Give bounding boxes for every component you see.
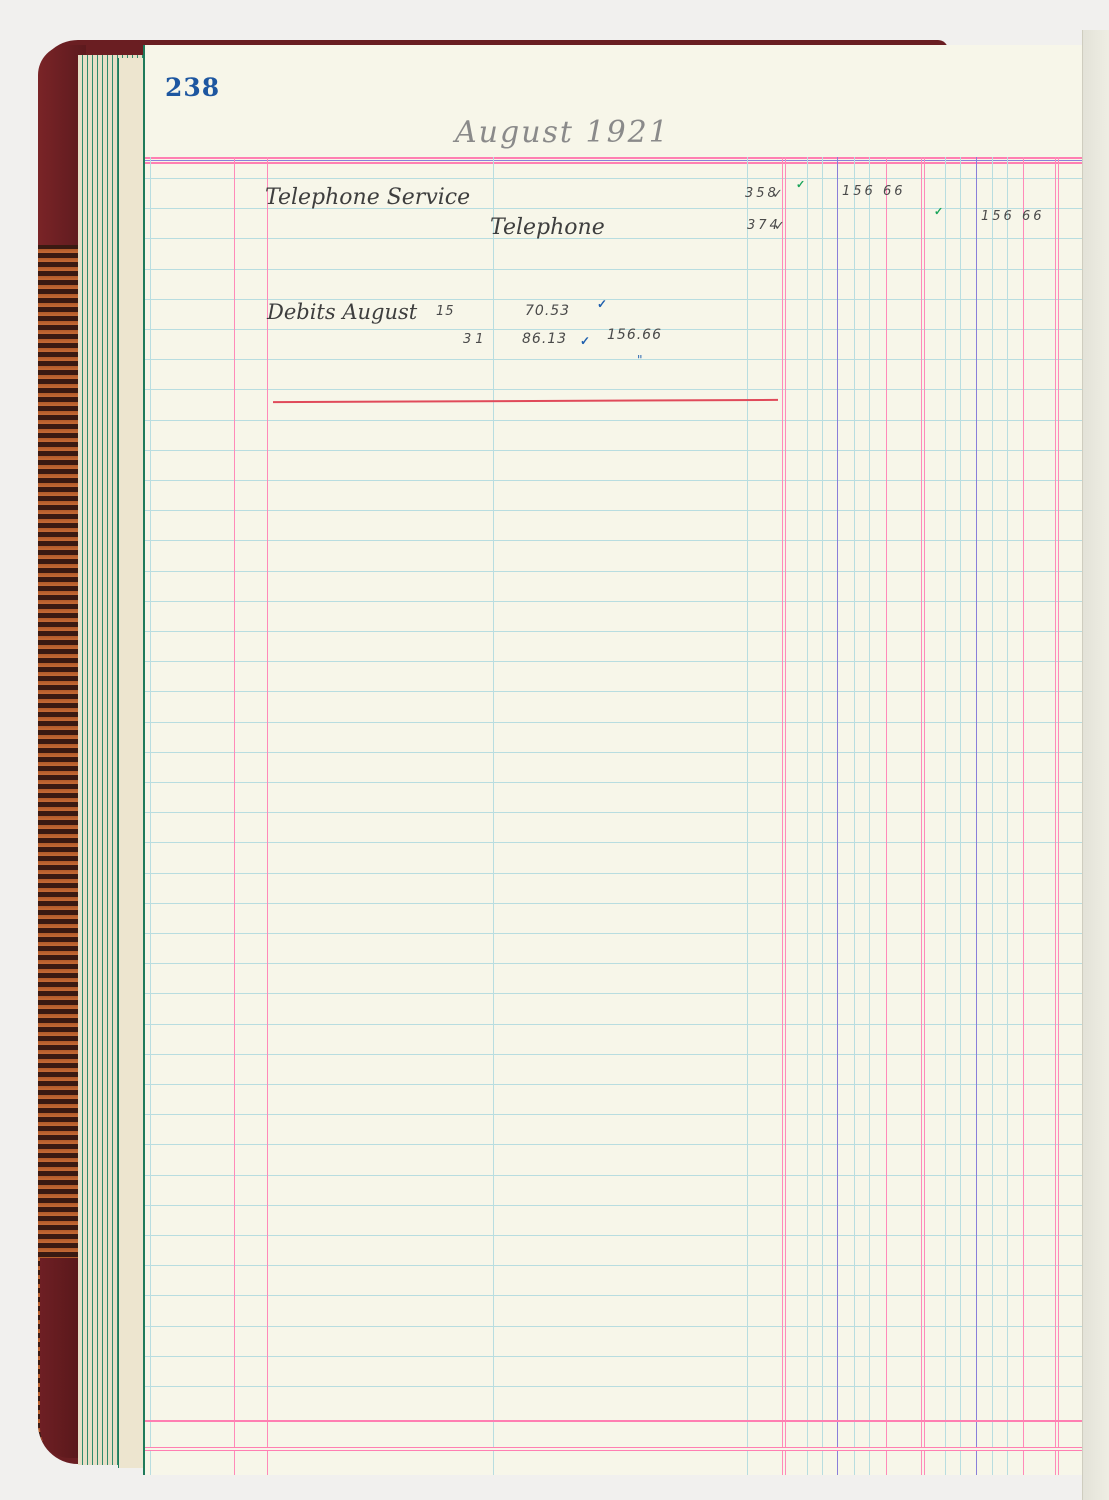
ruling-row-line: [145, 963, 1085, 964]
ruling-line: [960, 157, 961, 1475]
credit-column-rule: [921, 157, 922, 1475]
ruling-line: [807, 157, 808, 1475]
date-column-rule: [234, 157, 235, 1475]
header-rule: [145, 157, 1085, 164]
ruling-row-line: [145, 389, 1085, 390]
ruling-row-line: [145, 601, 1085, 602]
account-name: Telephone Service: [265, 185, 470, 210]
ruling-line: [493, 157, 494, 1475]
ruling-line: [854, 157, 855, 1475]
memo-amount: 86.13: [522, 331, 567, 347]
memo-total-ditto: ": [637, 353, 643, 367]
ruling-row-line: [145, 450, 1085, 451]
ruling-row-line: [145, 873, 1085, 874]
footer-double-rule: [145, 1447, 1085, 1451]
ruling-row-line: [145, 631, 1085, 632]
ruling-row-line: [145, 178, 1085, 179]
facing-page-edge: [1082, 30, 1109, 1500]
ruling-row-line: [145, 1054, 1085, 1055]
ruling-line: [150, 157, 151, 1475]
ruling-row-line: [145, 722, 1085, 723]
posting-check-icon: ✓: [796, 178, 805, 191]
credit-column-rule-double: [924, 157, 925, 1475]
account-name: Telephone: [490, 215, 605, 240]
ruling-row-line: [145, 812, 1085, 813]
debit-column-rule: [782, 157, 783, 1475]
month-header: August 1921: [455, 115, 670, 150]
folio-check-icon: ✓: [772, 187, 783, 202]
memo-date: 15: [436, 304, 455, 319]
cents-rule: [1023, 157, 1024, 1475]
ledger-page: 238 August 1921 Telephone Service 358 ✓ …: [143, 45, 1090, 1475]
folio-column-rule: [747, 157, 748, 1475]
ruling-row-line: [145, 1265, 1085, 1266]
thousands-rule: [976, 157, 977, 1475]
ruling-row-line: [145, 269, 1085, 270]
ruling-row-line: [145, 1084, 1085, 1085]
memo-amount: 70.53: [525, 303, 570, 319]
ruling-line: [1007, 157, 1008, 1475]
credit-amount: 156 66: [981, 209, 1045, 224]
footer-rule: [145, 1420, 1085, 1422]
ruling-row-line: [145, 933, 1085, 934]
memo-check-icon: ✓: [597, 297, 607, 311]
debit-column-rule-double: [785, 157, 786, 1475]
memo-total: 156.66: [607, 327, 662, 343]
ruling-row-line: [145, 359, 1085, 360]
thousands-rule: [837, 157, 838, 1475]
page-number: 238: [165, 73, 220, 102]
ruling-row-line: [145, 993, 1085, 994]
ruling-row-line: [145, 238, 1085, 239]
ruling-row-line: [145, 1235, 1085, 1236]
ruling-row-line: [145, 691, 1085, 692]
ruling-row-line: [145, 1356, 1085, 1357]
ruling-row-line: [145, 1205, 1085, 1206]
folio-check-icon: ✓: [774, 219, 785, 234]
closing-rule: [273, 399, 778, 403]
ruling-row-line: [145, 903, 1085, 904]
item-column-rule: [267, 157, 268, 1475]
ruling-row-line: [145, 1114, 1085, 1115]
ruling-row-line: [145, 540, 1085, 541]
right-margin-rule-double: [1058, 157, 1059, 1475]
posting-check-icon: ✓: [934, 205, 943, 218]
ruling-line: [992, 157, 993, 1475]
ruling-row-line: [145, 1386, 1085, 1387]
ruling-row-line: [145, 1144, 1085, 1145]
cents-rule: [886, 157, 887, 1475]
ruling-row-line: [145, 510, 1085, 511]
ruling-row-line: [145, 782, 1085, 783]
ruling-row-line: [145, 842, 1085, 843]
ruling-line: [822, 157, 823, 1475]
right-margin-rule: [1055, 157, 1056, 1475]
ruling-row-line: [145, 420, 1085, 421]
ruling-row-line: [145, 1295, 1085, 1296]
ruling-row-line: [145, 1326, 1085, 1327]
debit-amount: 156 66: [842, 184, 906, 199]
memo-check-icon: ✓: [580, 334, 590, 348]
ruling-line: [945, 157, 946, 1475]
ruling-line: [869, 157, 870, 1475]
ruling-row-line: [145, 661, 1085, 662]
ruling-row-line: [145, 571, 1085, 572]
memo-date: 31: [463, 332, 488, 347]
ruling-row-line: [145, 1024, 1085, 1025]
memo-label: Debits August: [267, 300, 417, 324]
ruling-row-line: [145, 752, 1085, 753]
ruling-row-line: [145, 1175, 1085, 1176]
ruling-row-line: [145, 480, 1085, 481]
